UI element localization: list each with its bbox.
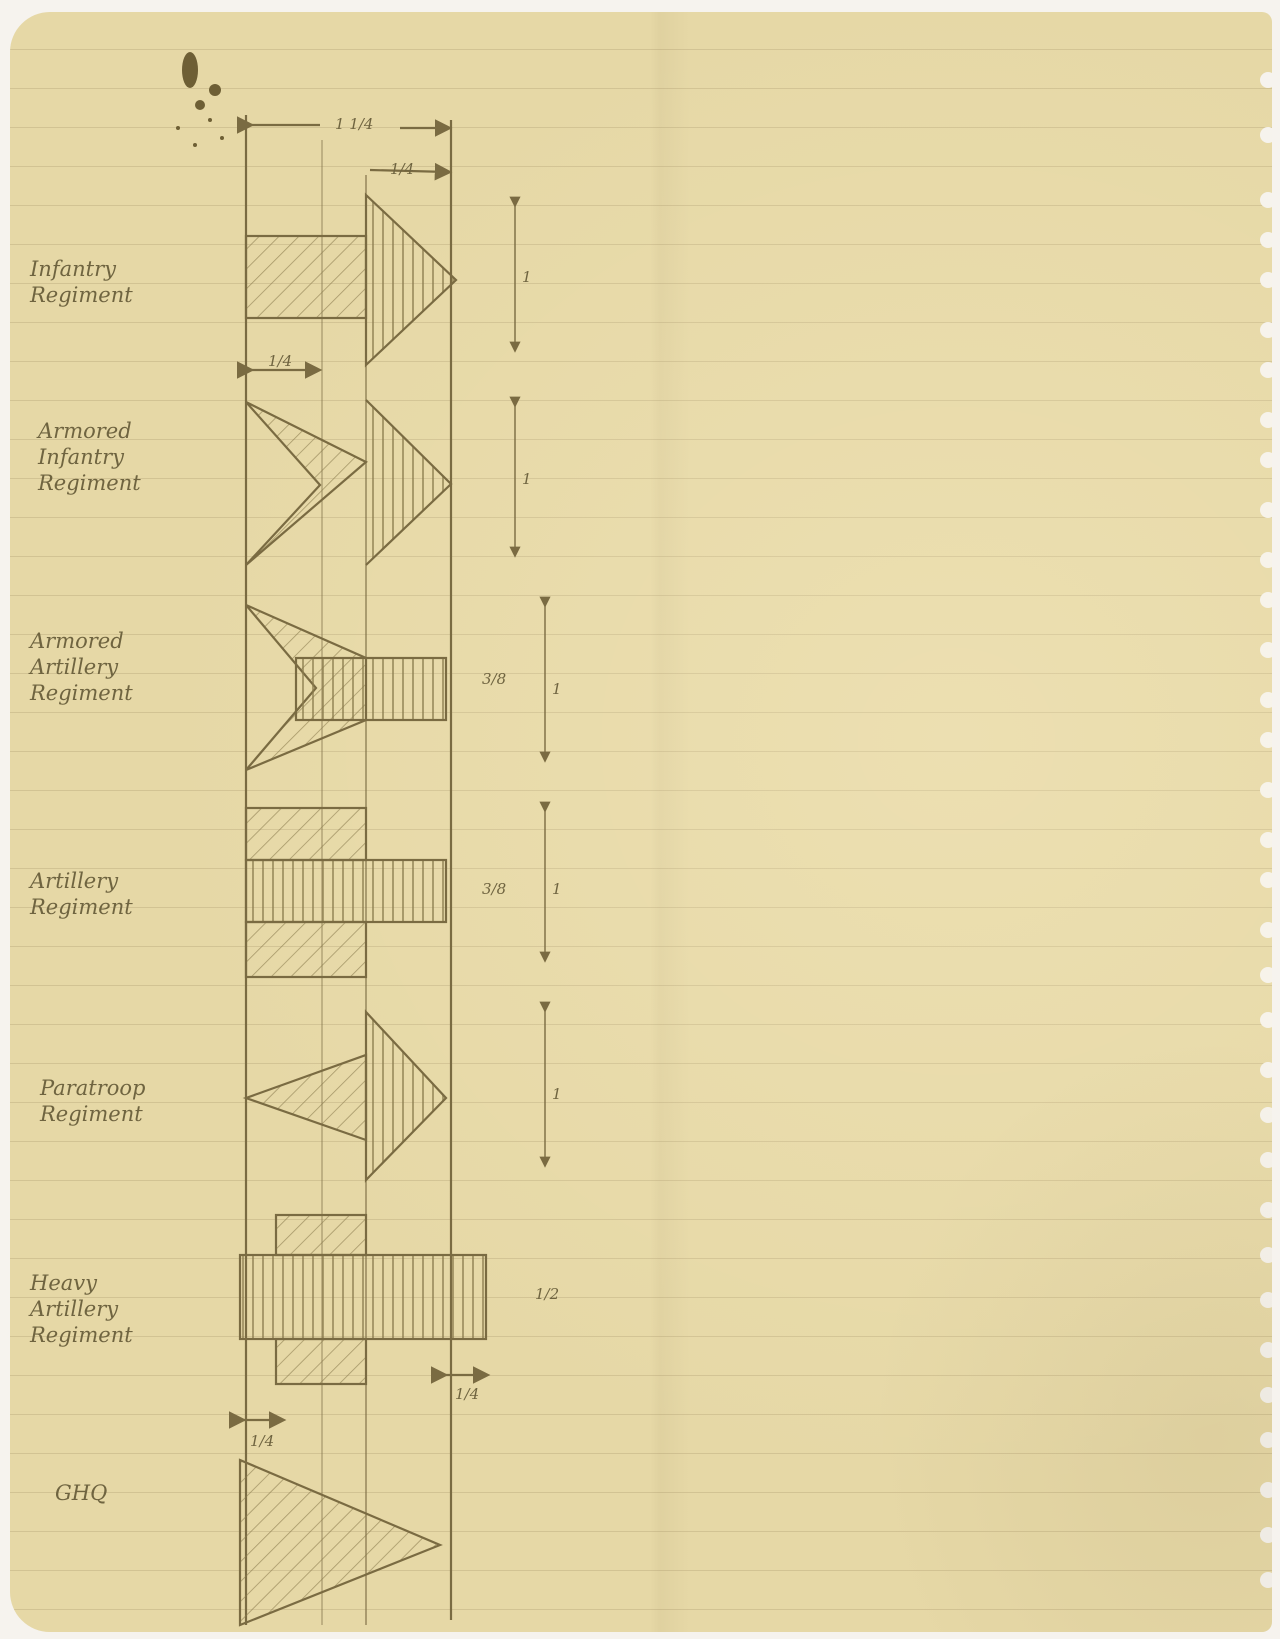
ink-blot [176,52,224,147]
sketch-diagram [0,0,1280,1639]
label-paratroop-regiment: Paratroop Regiment [40,1075,145,1127]
dim-armored-artillery-bar: 3/8 [482,670,506,688]
dim-triangle-width: 1/4 [390,160,414,178]
label-armored-artillery-regiment: Armored Artillery Regiment [30,628,133,706]
dim-armored-infantry-left: 1/4 [268,352,292,370]
dim-ghq-left: 1/4 [250,1432,274,1450]
dim-artillery-bar: 3/8 [482,880,506,898]
dim-heavy-artillery-bar: 1/2 [535,1285,559,1303]
label-artillery-regiment: Artillery Regiment [30,868,133,920]
label-ghq: GHQ [55,1480,107,1506]
dim-armored-infantry-height: 1 [522,470,532,488]
dim-heavy-artillery-right: 1/4 [455,1385,479,1403]
dim-artillery-height: 1 [552,880,562,898]
label-infantry-regiment: Infantry Regiment [30,256,133,308]
dim-paratroop-height: 1 [552,1085,562,1103]
dim-total-width: 1 1/4 [335,115,373,133]
label-heavy-artillery-regiment: Heavy Artillery Regiment [30,1270,133,1348]
dim-armored-artillery-height: 1 [552,680,562,698]
dim-infantry-height: 1 [522,268,532,286]
label-armored-infantry-regiment: Armored Infantry Regiment [38,418,141,496]
